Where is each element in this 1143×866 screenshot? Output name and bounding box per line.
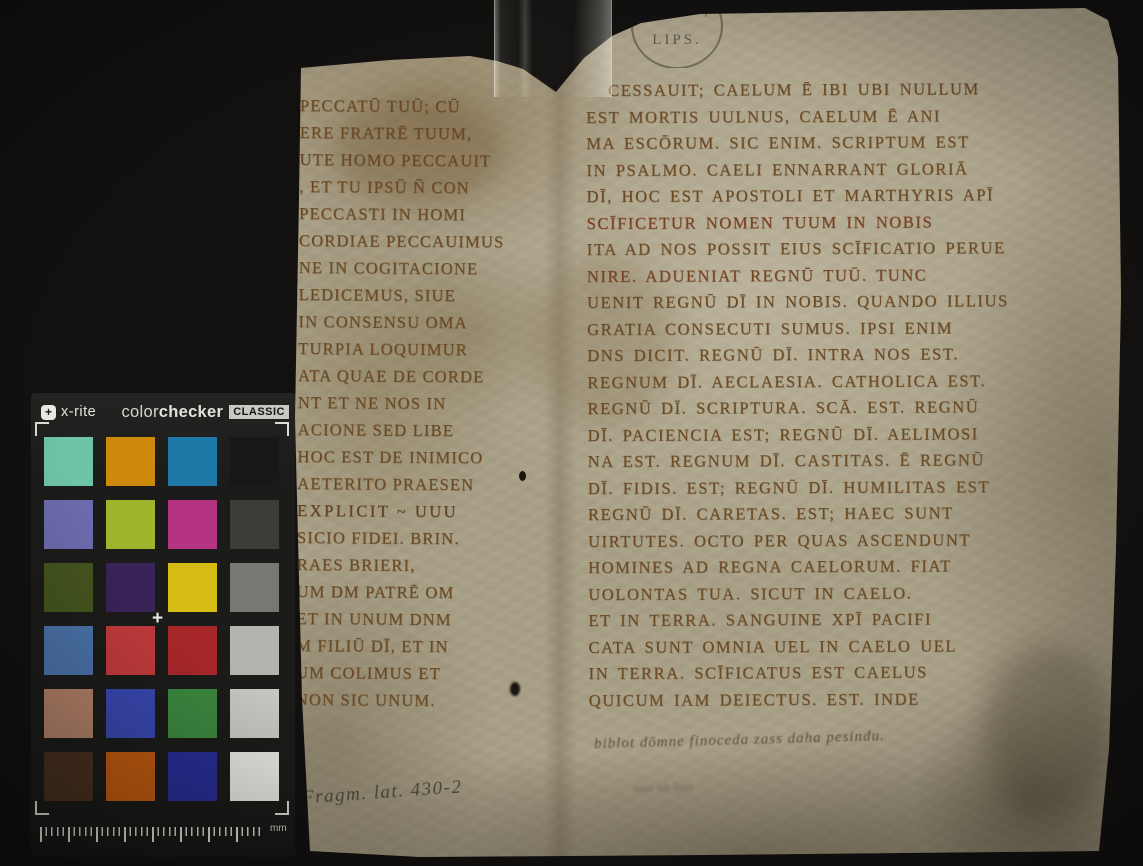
manuscript-line: Scīficetur nomen tuum in nobis [587,208,1107,237]
manuscript-line: cata sunt omnia uel in caelo uel [588,632,1108,661]
color-patch [168,626,217,675]
manuscript-line: in terra. Scīficatus est caelus [589,659,1109,688]
color-patch [106,689,155,738]
registration-bracket [35,422,49,436]
color-patch [168,563,217,612]
color-patch [44,563,93,612]
manuscript-line: et in terra. Sanguine xpī pacifi [588,606,1108,635]
product-label-light: color [121,403,158,421]
color-patch [168,437,217,486]
ruler: mm [40,825,296,845]
color-patch [168,500,217,549]
manuscript-line: uolontas tua. sicut in caelo. [588,579,1108,608]
manuscript-line: ata quae de corde [298,362,556,391]
manuscript-line: est mortis uulnus, Caelum ē ani [586,102,1106,131]
classic-badge: CLASSIC [229,405,289,419]
manuscript-line: Cessauit; Caelum ē ibi ubi nullum [586,76,1106,105]
xrite-logo-icon: + [41,405,56,420]
color-patch [106,500,155,549]
color-patch [106,563,155,612]
manuscript-line: raes Brieri, [297,551,555,580]
manuscript-line: Regnum dī. aeclaesia. catholica est. [587,367,1107,396]
manuscript-line: na est. Regnum dī. castitas. ē Regnū [588,447,1108,476]
manuscript-line: in psalmo. Caeli ennarrant gloriā [586,155,1106,184]
manuscript-line: aeterito praesen [297,470,555,499]
manuscript-line: dī. paciencia est; Regnū dī. aelimosi [588,420,1108,449]
colorchecker-product-label: colorchecker [121,403,223,422]
colorchecker-header: + x-rite colorchecker CLASSIC [41,401,289,423]
manuscript-line: ute homo peccauit [299,146,557,175]
color-patch [168,752,217,801]
registration-bracket [275,801,289,815]
manuscript-line: um dm patrē om [296,578,554,607]
ruler-ticks [40,827,264,842]
manuscript-line: dns dicit. Regnū dī. intra nos est. [587,341,1107,370]
color-patch [230,437,279,486]
manuscript-line: dī. fidis. est; Regnū dī. humilitas est [588,473,1108,502]
color-patch [44,500,93,549]
stamp-text-top: VNIVER [637,0,718,22]
manuscript-line: ita ad nos possit eius scīficatio perue [587,235,1107,264]
manuscript-line: non sic unum. [296,686,554,715]
color-patch [230,752,279,801]
manuscript-line: ledicemus, Siue [298,281,556,310]
manuscript-line: homines ad regna caelorum. Fiat [588,553,1108,582]
registration-cross-icon: + [152,608,163,630]
manuscript-line: Regnū dī. scriptura. scā. est. Regnū [587,394,1107,423]
manuscript-line: m filiū dī, Et in [296,632,554,661]
xrite-brand-label: x-rite [61,404,96,420]
manuscript-line: peccatū tuū; cū [300,92,558,121]
manuscript-line: turpia loquimur [298,335,556,364]
photo-scene: VNIVER LIPS. peccatū tuū; cūere fratrē t… [0,0,1143,866]
shelfmark-pencil: Fragm. lat. 430-2 [301,776,463,809]
manuscript-line: gratia consecuti sumus. Ipsi enim [587,314,1107,343]
manuscript-line: nt et ne nos in [298,389,556,418]
manuscript-line: cordiae peccauimus [299,227,557,256]
manuscript-line: peccasti in homi [299,200,557,229]
manuscript-line: dī, hoc est apostoli et marthyris apī [586,182,1106,211]
color-patch [44,689,93,738]
color-patch [44,752,93,801]
manuscript-line: Et in unum dnm [296,605,554,634]
color-patch [168,689,217,738]
svg-text:VNIVER: VNIVER [637,0,718,22]
color-patch [230,626,279,675]
cursive-annotation: biblot dōmne finoceda zass daha pesindu. [594,724,1044,754]
manuscript-line: Explicit ~ uuu [297,497,555,526]
color-patch [44,626,93,675]
color-patch [106,437,155,486]
manuscript-line: hoc est de inimico [297,443,555,472]
color-patch [230,500,279,549]
manuscript-line: uirtutes. octo per quas ascendunt [588,526,1108,555]
registration-bracket [35,801,49,815]
manuscript-line: sicio fidei. Brin. [297,524,555,553]
manuscript-line: nire. Adueniat regnū tuū. Tunc [587,261,1107,290]
manuscript-left-column: peccatū tuū; cūere fratrē tuum,ute homo … [296,92,558,715]
stamp-text-bottom: LIPS. [652,32,702,48]
color-patch [106,752,155,801]
manuscript-line: , Et tu ipsū ñ con [299,173,557,202]
product-label-bold: checker [159,403,223,421]
manuscript-line: ere fratrē tuum, [300,119,558,148]
library-stamp: VNIVER LIPS. [617,0,737,68]
color-patch [230,563,279,612]
colorchecker-card: + x-rite colorchecker CLASSIC + mm [31,393,295,857]
manuscript-line: ne in cogitacione [299,254,557,283]
manuscript-line: ma escōrum. Sic enim. scriptum est [586,129,1106,158]
parchment-fragment: VNIVER LIPS. peccatū tuū; cūere fratrē t… [294,6,1122,860]
manuscript-line: acione sed libe [298,416,556,445]
manuscript-line: um colimus et [296,659,554,688]
color-patch [44,437,93,486]
manuscript-line: in consensu oma [298,308,556,337]
registration-bracket [275,422,289,436]
color-patch [230,689,279,738]
manuscript-line: uenit regnū dī in nobis. quando illius [587,288,1107,317]
manuscript-right-column: Cessauit; Caelum ē ibi ubi nullumest mor… [586,76,1109,714]
ruler-unit-label: mm [270,823,287,834]
manuscript-line: Regnū dī. caretas. est; haec sunt [588,500,1108,529]
faint-annotation: unu ub lmo [634,776,854,796]
manuscript-line: quicum iam deiectus. est. inde [589,685,1109,714]
color-patch [106,626,155,675]
